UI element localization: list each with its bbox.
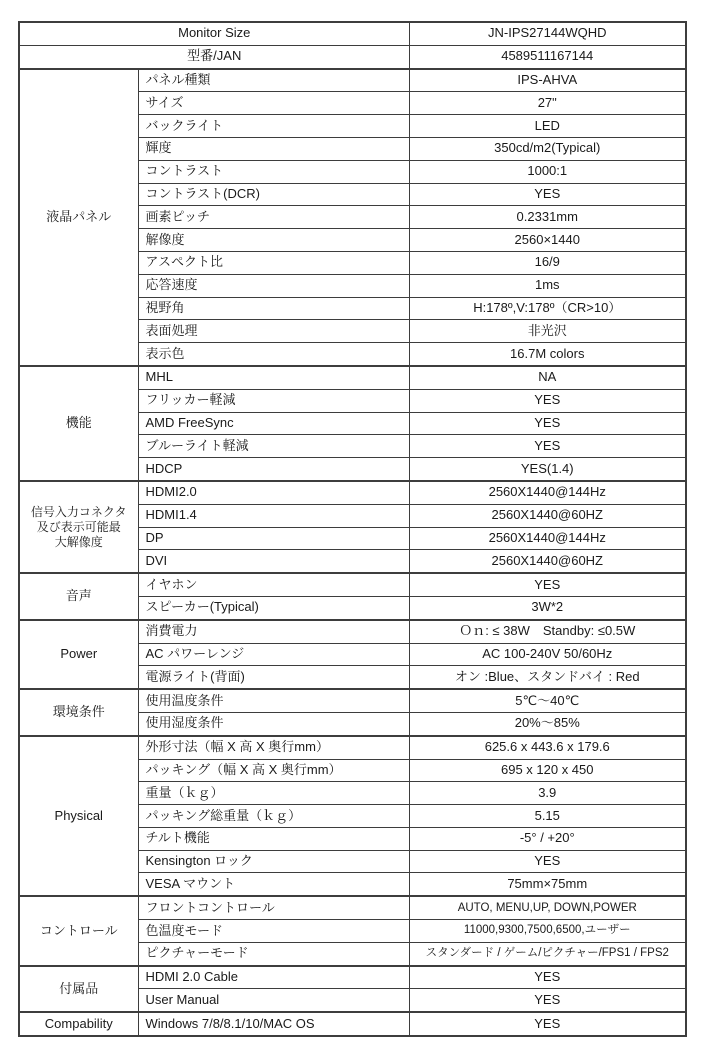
spec-label-cell: 表面処理 <box>138 320 409 343</box>
spec-value-cell: LED <box>409 115 686 138</box>
table-row: Monitor SizeJN-IPS27144WQHD <box>19 22 686 45</box>
spec-value-cell: 11000,9300,7500,6500,ユーザー <box>409 920 686 943</box>
spec-label-cell: フロントコントロール <box>138 896 409 919</box>
spec-value-cell: H:178º,V:178º（CR>10） <box>409 297 686 320</box>
table-row: 液晶パネルパネル種類IPS-AHVA <box>19 69 686 92</box>
spec-value-cell: 1ms <box>409 274 686 297</box>
spec-value-cell: YES <box>409 389 686 412</box>
spec-label-cell: 使用温度条件 <box>138 689 409 712</box>
spec-label-cell: MHL <box>138 366 409 389</box>
spec-label-cell: 電源ライト(背面) <box>138 666 409 689</box>
spec-value-cell: 16/9 <box>409 251 686 274</box>
spec-value-cell: 20%～85% <box>409 712 686 735</box>
spec-value-cell: 2560X1440@60HZ <box>409 504 686 527</box>
spec-value-cell: 2560X1440@144Hz <box>409 527 686 550</box>
category-cell: 音声 <box>19 573 138 620</box>
category-cell: Compability <box>19 1012 138 1036</box>
spec-value-cell: YES <box>409 1012 686 1036</box>
spec-value-cell: 非光沢 <box>409 320 686 343</box>
spec-value-cell: 2560×1440 <box>409 229 686 252</box>
table-row: 信号入力コネクタ 及び表示可能最 大解像度HDMI2.02560X1440@14… <box>19 481 686 504</box>
spec-value-cell: 0.2331mm <box>409 206 686 229</box>
spec-label-cell: 外形寸法（幅 X 高 X 奥行mm） <box>138 736 409 759</box>
spec-value-cell: 3.9 <box>409 782 686 805</box>
spec-value-cell: 1000:1 <box>409 160 686 183</box>
spec-value-cell: オン :Blue、スタンドバイ : Red <box>409 666 686 689</box>
spec-label-cell: DP <box>138 527 409 550</box>
spec-value-cell: 75mm×75mm <box>409 873 686 896</box>
spec-label-cell: パッキング総重量（ｋｇ） <box>138 805 409 828</box>
spec-label-cell: ブルーライト軽減 <box>138 435 409 458</box>
spec-label-cell: スピーカー(Typical) <box>138 596 409 619</box>
spec-label-cell: ピクチャーモード <box>138 942 409 965</box>
spec-label-cell: 色温度モード <box>138 920 409 943</box>
spec-value-cell: 2560X1440@60HZ <box>409 550 686 573</box>
category-cell: コントロール <box>19 896 138 965</box>
category-cell: Power <box>19 620 138 689</box>
spec-value-cell: 5℃～40℃ <box>409 689 686 712</box>
merged-label-cell: Monitor Size <box>19 22 409 45</box>
spec-label-cell: AMD FreeSync <box>138 412 409 435</box>
spec-label-cell: User Manual <box>138 989 409 1012</box>
spec-label-cell: イヤホン <box>138 573 409 596</box>
spec-label-cell: VESA マウント <box>138 873 409 896</box>
spec-label-cell: 表示色 <box>138 343 409 366</box>
spec-value-cell: YES <box>409 183 686 206</box>
table-row: Power消費電力Ｏｎ: ≤ 38W Standby: ≤0.5W <box>19 620 686 643</box>
category-cell: 付属品 <box>19 966 138 1013</box>
spec-value-cell: 625.6 x 443.6 x 179.6 <box>409 736 686 759</box>
spec-label-cell: 消費電力 <box>138 620 409 643</box>
category-cell: 信号入力コネクタ 及び表示可能最 大解像度 <box>19 481 138 573</box>
spec-label-cell: 視野角 <box>138 297 409 320</box>
spec-label-cell: チルト機能 <box>138 827 409 850</box>
spec-value-cell: スタンダード / ゲーム/ピクチャー/FPS1 / FPS2 <box>409 942 686 965</box>
spec-label-cell: 画素ピッチ <box>138 206 409 229</box>
spec-value-cell: 3W*2 <box>409 596 686 619</box>
table-row: 音声イヤホンYES <box>19 573 686 596</box>
spec-label-cell: Kensington ロック <box>138 850 409 873</box>
spec-table: Monitor SizeJN-IPS27144WQHD型番/JAN4589511… <box>18 21 687 1037</box>
spec-label-cell: AC パワーレンジ <box>138 643 409 666</box>
spec-label-cell: DVI <box>138 550 409 573</box>
spec-sheet: Monitor SizeJN-IPS27144WQHD型番/JAN4589511… <box>18 21 687 1037</box>
spec-label-cell: フリッカー軽減 <box>138 389 409 412</box>
spec-label-cell: 輝度 <box>138 137 409 160</box>
spec-value-cell: 2560X1440@144Hz <box>409 481 686 504</box>
spec-label-cell: バックライト <box>138 115 409 138</box>
spec-value-cell: 350cd/m2(Typical) <box>409 137 686 160</box>
spec-value-cell: 695 x 120 x 450 <box>409 759 686 782</box>
category-cell: 液晶パネル <box>19 69 138 366</box>
category-cell: Physical <box>19 736 138 897</box>
category-cell: 環境条件 <box>19 689 138 736</box>
spec-label-cell: 応答速度 <box>138 274 409 297</box>
table-row: 機能MHLNA <box>19 366 686 389</box>
spec-label-cell: HDMI 2.0 Cable <box>138 966 409 989</box>
spec-label-cell: パッキング（幅 X 高 X 奥行mm） <box>138 759 409 782</box>
spec-value-cell: 27" <box>409 92 686 115</box>
spec-value-cell: YES <box>409 850 686 873</box>
table-row: 付属品HDMI 2.0 CableYES <box>19 966 686 989</box>
spec-label-cell: 重量（ｋｇ） <box>138 782 409 805</box>
spec-value-cell: -5° / +20° <box>409 827 686 850</box>
spec-value-cell: YES <box>409 573 686 596</box>
spec-label-cell: 解像度 <box>138 229 409 252</box>
spec-value-cell: 4589511167144 <box>409 45 686 68</box>
spec-label-cell: コントラスト(DCR) <box>138 183 409 206</box>
spec-label-cell: サイズ <box>138 92 409 115</box>
table-row: 環境条件使用温度条件5℃～40℃ <box>19 689 686 712</box>
spec-label-cell: アスペクト比 <box>138 251 409 274</box>
spec-value-cell: NA <box>409 366 686 389</box>
spec-label-cell: HDMI1.4 <box>138 504 409 527</box>
category-cell: 機能 <box>19 366 138 481</box>
spec-value-cell: Ｏｎ: ≤ 38W Standby: ≤0.5W <box>409 620 686 643</box>
spec-label-cell: コントラスト <box>138 160 409 183</box>
spec-value-cell: YES <box>409 412 686 435</box>
spec-label-cell: HDCP <box>138 458 409 481</box>
spec-value-cell: YES <box>409 989 686 1012</box>
spec-value-cell: AUTO, MENU,UP, DOWN,POWER <box>409 896 686 919</box>
spec-label-cell: Windows 7/8/8.1/10/MAC OS <box>138 1012 409 1036</box>
spec-label-cell: HDMI2.0 <box>138 481 409 504</box>
spec-label-cell: パネル種類 <box>138 69 409 92</box>
spec-value-cell: 5.15 <box>409 805 686 828</box>
spec-value-cell: 16.7M colors <box>409 343 686 366</box>
merged-label-cell: 型番/JAN <box>19 45 409 68</box>
spec-value-cell: YES(1.4) <box>409 458 686 481</box>
table-row: 型番/JAN4589511167144 <box>19 45 686 68</box>
table-row: CompabilityWindows 7/8/8.1/10/MAC OSYES <box>19 1012 686 1036</box>
spec-label-cell: 使用湿度条件 <box>138 712 409 735</box>
spec-value-cell: JN-IPS27144WQHD <box>409 22 686 45</box>
table-row: Physical外形寸法（幅 X 高 X 奥行mm）625.6 x 443.6 … <box>19 736 686 759</box>
spec-value-cell: YES <box>409 966 686 989</box>
spec-value-cell: AC 100-240V 50/60Hz <box>409 643 686 666</box>
table-row: コントロールフロントコントロールAUTO, MENU,UP, DOWN,POWE… <box>19 896 686 919</box>
spec-value-cell: YES <box>409 435 686 458</box>
spec-value-cell: IPS-AHVA <box>409 69 686 92</box>
